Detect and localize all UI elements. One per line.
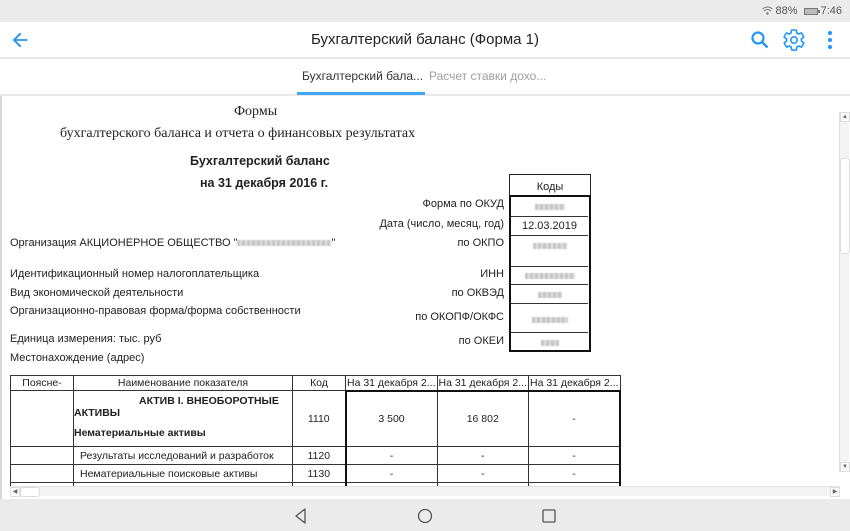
okved-label: по ОКВЭД [452, 287, 504, 299]
scroll-left-arrow-icon[interactable]: ◀ [10, 487, 20, 497]
col-header-period-3: На 31 декабря 2... [529, 376, 621, 391]
vertical-scroll-thumb[interactable] [840, 158, 850, 254]
nav-home-button[interactable] [416, 507, 434, 525]
settings-button[interactable] [782, 28, 806, 52]
col-header-note: Поясне- [11, 376, 74, 391]
battery-percent: 88% [776, 5, 798, 17]
nav-back-button[interactable] [292, 507, 310, 525]
scroll-down-arrow-icon[interactable]: ▼ [840, 462, 850, 472]
scroll-up-arrow-icon[interactable]: ▲ [840, 112, 850, 122]
okopf-label: по ОКОПФ/ОКФС [415, 311, 504, 323]
balance-table: Поясне- Наименование показателя Код На 3… [10, 375, 621, 493]
col-header-name: Наименование показателя [74, 376, 293, 391]
table-row: Нематериальные поисковые активы 1130 - -… [11, 465, 621, 483]
search-button[interactable] [748, 28, 772, 52]
forms-subtitle: бухгалтерского баланса и отчета о финанс… [60, 126, 415, 142]
inn-value [511, 267, 588, 285]
inn-label: Идентификационный номер налогоплательщик… [10, 268, 259, 280]
row-value-1: - [346, 465, 438, 483]
okpo-label: по ОКПО [457, 237, 504, 249]
table-row: Результаты исследований и разработок 112… [11, 447, 621, 465]
page-title: Бухгалтерский баланс (Форма 1) [0, 31, 850, 48]
organization-name-redacted [237, 240, 331, 246]
active-tab-indicator [297, 92, 425, 95]
clock: 7:46 [821, 5, 842, 17]
row-code: 1130 [293, 465, 346, 483]
codes-header: Коды [509, 174, 591, 196]
nav-home-icon [416, 507, 434, 525]
okei-label: по ОКЕИ [459, 335, 504, 347]
okved-value [511, 285, 588, 304]
date-value: 12.03.2019 [511, 217, 588, 236]
nav-back-icon [292, 507, 310, 525]
okud-value [511, 197, 588, 217]
horizontal-scroll-thumb[interactable] [20, 487, 40, 497]
row-value-1: - [346, 447, 438, 465]
gear-icon [782, 28, 806, 52]
activity-label: Вид экономической деятельности [10, 287, 183, 299]
document-view[interactable]: Формы бухгалтерского баланса и отчета о … [0, 96, 850, 499]
row-code: 1120 [293, 447, 346, 465]
row-note [11, 391, 74, 447]
address-label: Местонахождение (адрес) [10, 352, 144, 364]
balance-date-heading: на 31 декабря 2016 г. [200, 176, 328, 190]
status-bar: 88% 7:46 [0, 0, 850, 22]
okpo-value [511, 236, 588, 267]
more-vert-icon [818, 28, 842, 52]
row-value-2: 16 802 [437, 391, 529, 447]
section-title: АКТИВ I. ВНЕОБОРОТНЫЕ [74, 395, 292, 407]
codes-box: 12.03.2019 [509, 195, 591, 352]
balance-heading: Бухгалтерский баланс [190, 154, 330, 168]
row-code: 1110 [293, 391, 346, 447]
more-options-button[interactable] [818, 28, 842, 52]
row-name: Нематериальные поисковые активы [74, 465, 293, 483]
horizontal-scrollbar[interactable]: ◀ ▶ [10, 486, 840, 496]
table-header-row: Поясне- Наименование показателя Код На 3… [11, 376, 621, 391]
okud-label: Форма по ОКУД [423, 198, 505, 210]
nav-recents-button[interactable] [540, 507, 558, 525]
section-title-cont: АКТИВЫ [74, 407, 292, 419]
row-note [11, 447, 74, 465]
col-header-period-2: На 31 декабря 2... [437, 376, 529, 391]
app-bar: Бухгалтерский баланс (Форма 1) [0, 22, 850, 58]
vertical-scrollbar[interactable]: ▲ ▼ [839, 112, 849, 472]
row-value-1: 3 500 [346, 391, 438, 447]
row-value-3: - [529, 465, 621, 483]
row-value-3: - [529, 391, 621, 447]
row-value-3: - [529, 447, 621, 465]
okopf-value [511, 304, 588, 333]
inn-code-label: ИНН [480, 268, 504, 280]
nav-recents-icon [540, 507, 558, 525]
col-header-period-1: На 31 декабря 2... [346, 376, 438, 391]
row-value-2: - [437, 465, 529, 483]
col-header-code: Код [293, 376, 346, 391]
tab-income-rate[interactable]: Расчет ставки дохо... [429, 69, 546, 83]
row-value-2: - [437, 447, 529, 465]
row-name: Результаты исследований и разработок [74, 447, 293, 465]
scroll-right-arrow-icon[interactable]: ▶ [830, 487, 840, 497]
search-icon [748, 28, 772, 52]
wifi-icon [762, 6, 773, 17]
organization-label: Организация АКЦИОНЕРНОЕ ОБЩЕСТВО "" [10, 237, 335, 249]
forms-title: Формы [234, 104, 277, 120]
legal-form-label: Организационно-правовая форма/форма собс… [10, 305, 301, 317]
row-note [11, 465, 74, 483]
table-row: АКТИВ I. ВНЕОБОРОТНЫЕ АКТИВЫ Нематериаль… [11, 391, 621, 447]
unit-label: Единица измерения: тыс. руб [10, 333, 161, 345]
date-label: Дата (число, месяц, год) [379, 218, 504, 230]
tab-balance-sheet[interactable]: Бухгалтерский бала... [302, 69, 423, 83]
system-nav-bar [0, 499, 850, 531]
okei-value [511, 333, 588, 349]
row-name: АКТИВ I. ВНЕОБОРОТНЫЕ АКТИВЫ Нематериаль… [74, 391, 293, 447]
tab-bar: Бухгалтерский бала... Расчет ставки дохо… [0, 59, 850, 96]
battery-icon [804, 8, 818, 15]
